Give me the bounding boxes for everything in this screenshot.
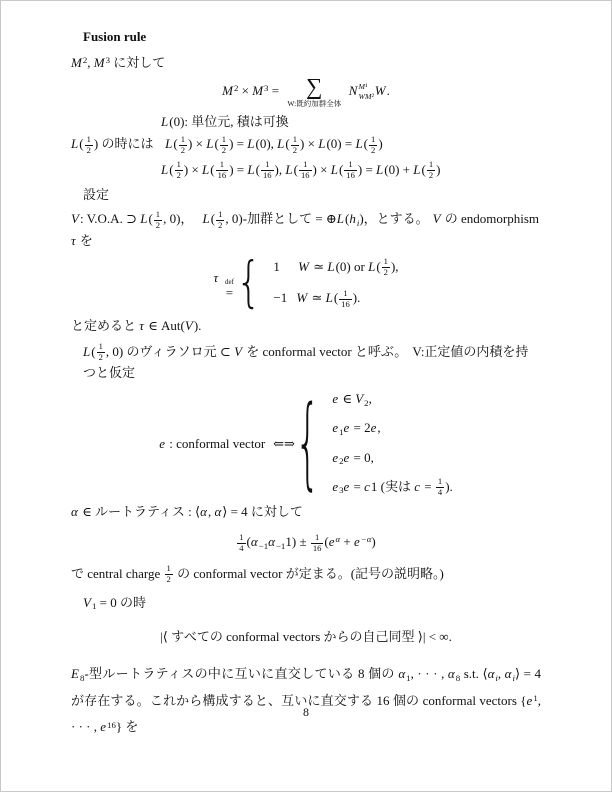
math-token: V (433, 211, 442, 226)
display-equation-aut: |⟨ すべての conformal vectors からの自己同型 ⟩| < ∞… (71, 627, 541, 647)
math-token: 1 (179, 135, 187, 145)
math-token: 12 (154, 210, 162, 231)
math-token: 1 (92, 601, 96, 611)
paragraph-root-lattice: α ∈ ルートラティス : ⟨α, α⟩ = 4 に対して (71, 502, 541, 522)
math-token: α (336, 534, 341, 544)
math-token: 1) ± (285, 534, 309, 549)
math-token: 1 (実は (371, 479, 414, 494)
math-token: L (161, 114, 169, 129)
math-token: ). (353, 290, 361, 305)
math-token: 2 (339, 456, 343, 466)
math-token: i (513, 673, 515, 683)
math-token: 116 (261, 160, 274, 181)
line-l12-fusion: L(12) の時にはL(12) × L(12) = L(0), L(12) × … (71, 134, 541, 155)
math-token: L (326, 290, 334, 305)
math-token: = 0 の時 (96, 595, 146, 610)
math-token: 3 (264, 83, 268, 93)
math-token: W (298, 259, 310, 274)
math-token: i (495, 673, 497, 683)
math-token: ) × (300, 136, 318, 151)
math-token: )，とする。 (359, 211, 428, 226)
math-token: e (354, 534, 361, 549)
math-token: ≃ (310, 259, 327, 274)
math-token: ) の時には (94, 136, 154, 151)
math-token: i (357, 218, 359, 228)
math-token: 4 (237, 543, 245, 554)
math-token: M (71, 55, 83, 70)
math-token: M (94, 55, 106, 70)
math-token: ). (445, 479, 453, 494)
math-token: ) × (313, 162, 331, 177)
math-token: (0) or (336, 259, 369, 274)
math-token: τ (213, 270, 219, 285)
math-token: = 0, (350, 450, 374, 465)
math-token: 12 (382, 257, 390, 278)
math-token: ( (79, 136, 83, 151)
math-token: ) (378, 136, 382, 151)
math-token: 12 (85, 135, 93, 156)
math-token: |⟨ すべての conformal vectors からの自己同型 ⟩| < ∞… (160, 629, 452, 644)
math-token: 12 (165, 564, 173, 585)
math-token: 2 (364, 398, 368, 408)
math-token: h (349, 211, 357, 226)
math-token: L (247, 162, 255, 177)
math-token: 16 (107, 720, 116, 730)
math-token: def= (225, 279, 234, 299)
display-tau-definition: τdef= { 1W ≃ L(0) or L(12), −1W ≃ L(116)… (71, 257, 541, 310)
math-token: 2 (154, 220, 162, 231)
math-token: 12 (179, 135, 187, 156)
math-token: 3 (106, 55, 110, 65)
math-token: , (498, 666, 505, 681)
math-token: 1 (346, 160, 354, 170)
math-token: 3 (339, 485, 343, 495)
math-token: α (448, 666, 456, 681)
math-token: V (355, 391, 364, 406)
math-token: 14 (436, 477, 444, 498)
tau-case-column: 1W ≃ L(0) or L(12), −1W ≃ L(116). (273, 257, 398, 310)
math-token: に対して (110, 55, 165, 70)
display-conformal-vector: e : conformal vector⇐⇒ { e ∈ V2, e1e = 2… (71, 389, 541, 498)
math-token: e (100, 719, 107, 734)
left-brace: { (295, 399, 320, 489)
math-token: ). (194, 318, 202, 333)
display-equation-cv: 14(α−1α−11) ± 116(eα + e−α) (71, 532, 541, 553)
equation-cv-tokens: 14(α−1α−11) ± 116(eα + e−α) (236, 534, 375, 549)
math-token: 2 (83, 55, 87, 65)
math-token: . (387, 83, 390, 98)
math-token: + (340, 534, 354, 549)
math-token: c (364, 479, 371, 494)
math-token: 2 (291, 145, 299, 156)
math-token: ( (169, 162, 173, 177)
math-token: L (337, 211, 345, 226)
math-token: ( (211, 211, 215, 226)
math-token: ∈ ルートラティス : ⟨ (79, 504, 200, 519)
math-token: 1 (382, 257, 390, 267)
math-token: 16 (311, 543, 324, 554)
math-token: 2 (97, 352, 105, 363)
math-token: } を (116, 719, 139, 734)
math-token: 1 (218, 160, 226, 170)
math-token: 1 (263, 160, 271, 170)
math-token: 16 (344, 170, 357, 181)
math-token: ( (285, 136, 289, 151)
math-token: e (159, 436, 166, 451)
math-token: 1 (436, 477, 444, 487)
math-token: ∈ (339, 391, 355, 406)
paragraph-central-charge: で central charge 12 の conformal vector が… (71, 564, 541, 585)
math-token: 1 (154, 210, 162, 220)
conformal-case-2: e1e = 2e, (332, 418, 452, 438)
math-token: L (203, 211, 211, 226)
tau-cases: { 1W ≃ L(0) or L(12), −1W ≃ L(116). (236, 257, 399, 310)
document-page: Fusion rule M2, M3 に対して M2 × M3 = ∑W:既約加… (0, 0, 612, 792)
tau-lhs: τdef= (213, 268, 236, 299)
math-token: , · · · , (411, 666, 448, 681)
math-token: ) = (229, 136, 247, 151)
math-token: 1 (369, 135, 377, 145)
math-token: , 0)， (163, 211, 193, 226)
math-token: 1 (165, 564, 173, 574)
math-token: ∑ (306, 75, 322, 98)
math-token: 1 (301, 160, 309, 170)
math-token: α (71, 504, 79, 519)
math-token: V (71, 211, 80, 226)
math-token: : conformal vector (166, 436, 265, 451)
heading-settei: 設定 (83, 185, 541, 205)
math-token: 1 (291, 135, 299, 145)
math-token: ( (148, 211, 152, 226)
math-token: L (83, 344, 91, 359)
math-token: 1 (216, 210, 224, 220)
math-token: の conformal vector が定まる。(記号の説明略。) (174, 566, 444, 581)
math-token: ) × (188, 136, 206, 151)
math-token: 116 (216, 160, 229, 181)
math-token: M¹WM² (358, 82, 373, 101)
math-token: ( (91, 344, 95, 359)
math-token: 116 (344, 160, 357, 181)
math-token: 2 (165, 574, 173, 585)
math-token: 12 (220, 135, 228, 156)
math-token: L (355, 136, 363, 151)
math-token: , 0)-加群として = ⊕ (225, 211, 336, 226)
math-token: ∑W:既約加群全体 (287, 75, 341, 108)
math-token: 2 (234, 83, 238, 93)
conformal-lhs: e : conformal vector⇐⇒ (159, 434, 295, 454)
math-token: 4 (436, 487, 444, 498)
math-token: 12 (175, 160, 183, 181)
math-token: 12 (216, 210, 224, 231)
math-token: 116 (311, 533, 324, 554)
math-token: −1 (259, 541, 268, 551)
math-token: L (327, 259, 335, 274)
math-token: 14 (237, 533, 245, 554)
math-token: 1 (237, 533, 245, 543)
math-token: −α (361, 534, 372, 544)
math-token: 1 (85, 135, 93, 145)
math-token: α (251, 534, 259, 549)
paragraph-aut: と定めると τ ∈ Aut(V). (71, 316, 541, 336)
conformal-case-4: e3e = c1 (実は c = 14). (332, 477, 452, 498)
math-token: 8 (456, 673, 460, 683)
math-token: 2 (175, 170, 183, 181)
math-token: = (350, 479, 364, 494)
tau-case-1: 1W ≃ L(0) or L(12), (273, 257, 398, 278)
tau-case-2: −1W ≃ L(116). (273, 288, 398, 309)
math-token: W (296, 290, 308, 305)
math-token: 1 (339, 427, 343, 437)
math-token: W:既約加群全体 (287, 99, 341, 108)
math-token: = (268, 83, 282, 98)
math-token: s.t. ⟨ (460, 666, 487, 681)
math-token: 12 (291, 135, 299, 156)
math-token: ), (391, 259, 399, 274)
math-token: V (234, 344, 243, 359)
math-token: と定めると (71, 318, 139, 333)
math-token: 16 (339, 299, 352, 310)
math-token: ⟩ = 4 に対して (222, 504, 303, 519)
equation-fusion-tokens: M2 × M3 = ∑W:既約加群全体NM¹WM²W. (222, 83, 390, 98)
paragraph-voa: V: V.O.A. ⊃ L(12, 0)，L(12, 0)-加群として = ⊕L… (71, 209, 541, 251)
math-token: ) × (184, 162, 202, 177)
math-token: : V.O.A. ⊃ (80, 211, 140, 226)
paragraph-v1: V1 = 0 の時 (83, 593, 541, 613)
math-token: 2 (382, 267, 390, 278)
math-token: 12 (369, 135, 377, 156)
math-token: ⇐⇒ (273, 436, 295, 451)
math-token: , (87, 55, 94, 70)
math-token: ) (371, 534, 375, 549)
line-l116-fusion: L(12) × L(116) = L(116), L(116) × L(116)… (161, 160, 541, 181)
line-l0-identity: L(0): 単位元, 積は可換 (161, 112, 541, 132)
math-token: M¹ (358, 82, 367, 92)
math-token: = (421, 479, 435, 494)
math-token: L (161, 162, 169, 177)
conformal-case-column: e ∈ V2, e1e = 2e, e2e = 0, e3e = c1 (実は … (332, 389, 452, 498)
math-token: ( (422, 162, 426, 177)
paragraph-virasoro: L(12, 0) のヴィラソロ元 ⊂ V を conformal vector … (83, 342, 541, 384)
math-token: 2 (85, 145, 93, 156)
math-token: 2 (216, 220, 224, 231)
math-token: L (413, 162, 421, 177)
math-token: = (226, 286, 233, 299)
math-token: ( (339, 162, 343, 177)
conformal-case-3: e2e = 0, (332, 448, 452, 468)
math-token: −1 (273, 290, 287, 305)
math-token: α (200, 504, 208, 519)
math-token: ( (256, 162, 260, 177)
math-token: 12 (427, 160, 435, 181)
math-token: 116 (299, 160, 312, 181)
math-token: ≃ (308, 290, 325, 305)
math-token: L (331, 162, 339, 177)
conformal-cases: { e ∈ V2, e1e = 2e, e2e = 0, e3e = c1 (実… (295, 389, 453, 498)
math-token: 2 (427, 170, 435, 181)
math-token: を conformal vector と呼ぶ。 (243, 344, 407, 359)
math-token: × (238, 83, 252, 98)
math-token: ( (376, 259, 380, 274)
math-token: ) = (229, 162, 247, 177)
math-token: 2 (369, 145, 377, 156)
math-token: ( (173, 136, 177, 151)
math-token: 1 (175, 160, 183, 170)
math-token: 1 (97, 342, 105, 352)
math-token: 12 (97, 342, 105, 363)
math-token: 1 (427, 160, 435, 170)
math-token: (0) + (384, 162, 413, 177)
equation-aut-tokens: |⟨ すべての conformal vectors からの自己同型 ⟩| < ∞… (160, 629, 452, 644)
math-token: E (71, 666, 80, 681)
math-token: 1 (341, 289, 349, 299)
math-token: 16 (299, 170, 312, 181)
math-token: W (375, 83, 387, 98)
math-token: (0): 単位元, 積は可換 (169, 114, 289, 129)
math-token: α (398, 666, 406, 681)
math-token: ∈ Aut( (145, 318, 185, 333)
math-token: M (222, 83, 234, 98)
math-token: ( (214, 136, 218, 151)
math-token: 8 (80, 673, 84, 683)
math-token: 1 (273, 259, 280, 274)
math-token: α (505, 666, 513, 681)
math-token: ) (436, 162, 440, 177)
math-token: ( (210, 162, 214, 177)
left-brace: { (236, 259, 261, 308)
math-token: 16 (216, 170, 229, 181)
paragraph-intro: M2, M3 に対して (71, 53, 541, 73)
math-token: 1 (533, 693, 537, 703)
math-token: 1 (220, 135, 228, 145)
math-token: V (185, 318, 194, 333)
math-token: 2 (179, 145, 187, 156)
display-equation-fusion: M2 × M3 = ∑W:既約加群全体NM¹WM²W. (71, 75, 541, 108)
math-token: ) = (358, 162, 376, 177)
math-token: WM² (358, 92, 373, 102)
math-token: α (268, 534, 276, 549)
math-token: 1 (313, 533, 321, 543)
math-token: , (377, 420, 380, 435)
math-token: , (369, 391, 372, 406)
math-token: = 2 (350, 420, 370, 435)
math-token: 2 (220, 145, 228, 156)
math-token: M (252, 83, 264, 98)
math-token: e (329, 534, 336, 549)
math-token: L (285, 162, 293, 177)
math-token: L (71, 136, 79, 151)
math-token: 116 (339, 289, 352, 310)
math-token: ( (294, 162, 298, 177)
math-token: (0), (255, 136, 277, 151)
heading-fusion-rule: Fusion rule (83, 27, 541, 47)
math-token: ( (364, 136, 368, 151)
math-token: 16 (261, 170, 274, 181)
math-token: (0) = (326, 136, 355, 151)
paragraph-e8: E8-型ルートラティスの中に互いに直交している 8 個の α1, · · · ,… (71, 661, 541, 741)
math-token: , 0) のヴィラソロ元 ⊂ (106, 344, 234, 359)
math-token: を (77, 233, 93, 248)
conformal-case-1: e ∈ V2, (332, 389, 452, 409)
math-token: ), (275, 162, 286, 177)
math-token: の endomorphism (442, 211, 540, 226)
page-number: 8 (1, 705, 611, 720)
math-token: −1 (276, 541, 285, 551)
math-token: 1 (406, 673, 410, 683)
math-token: ( (334, 290, 338, 305)
math-token: で central charge (71, 566, 164, 581)
math-token: -型ルートラティスの中に互いに直交している 8 個の (84, 666, 398, 681)
math-token: V (83, 595, 92, 610)
